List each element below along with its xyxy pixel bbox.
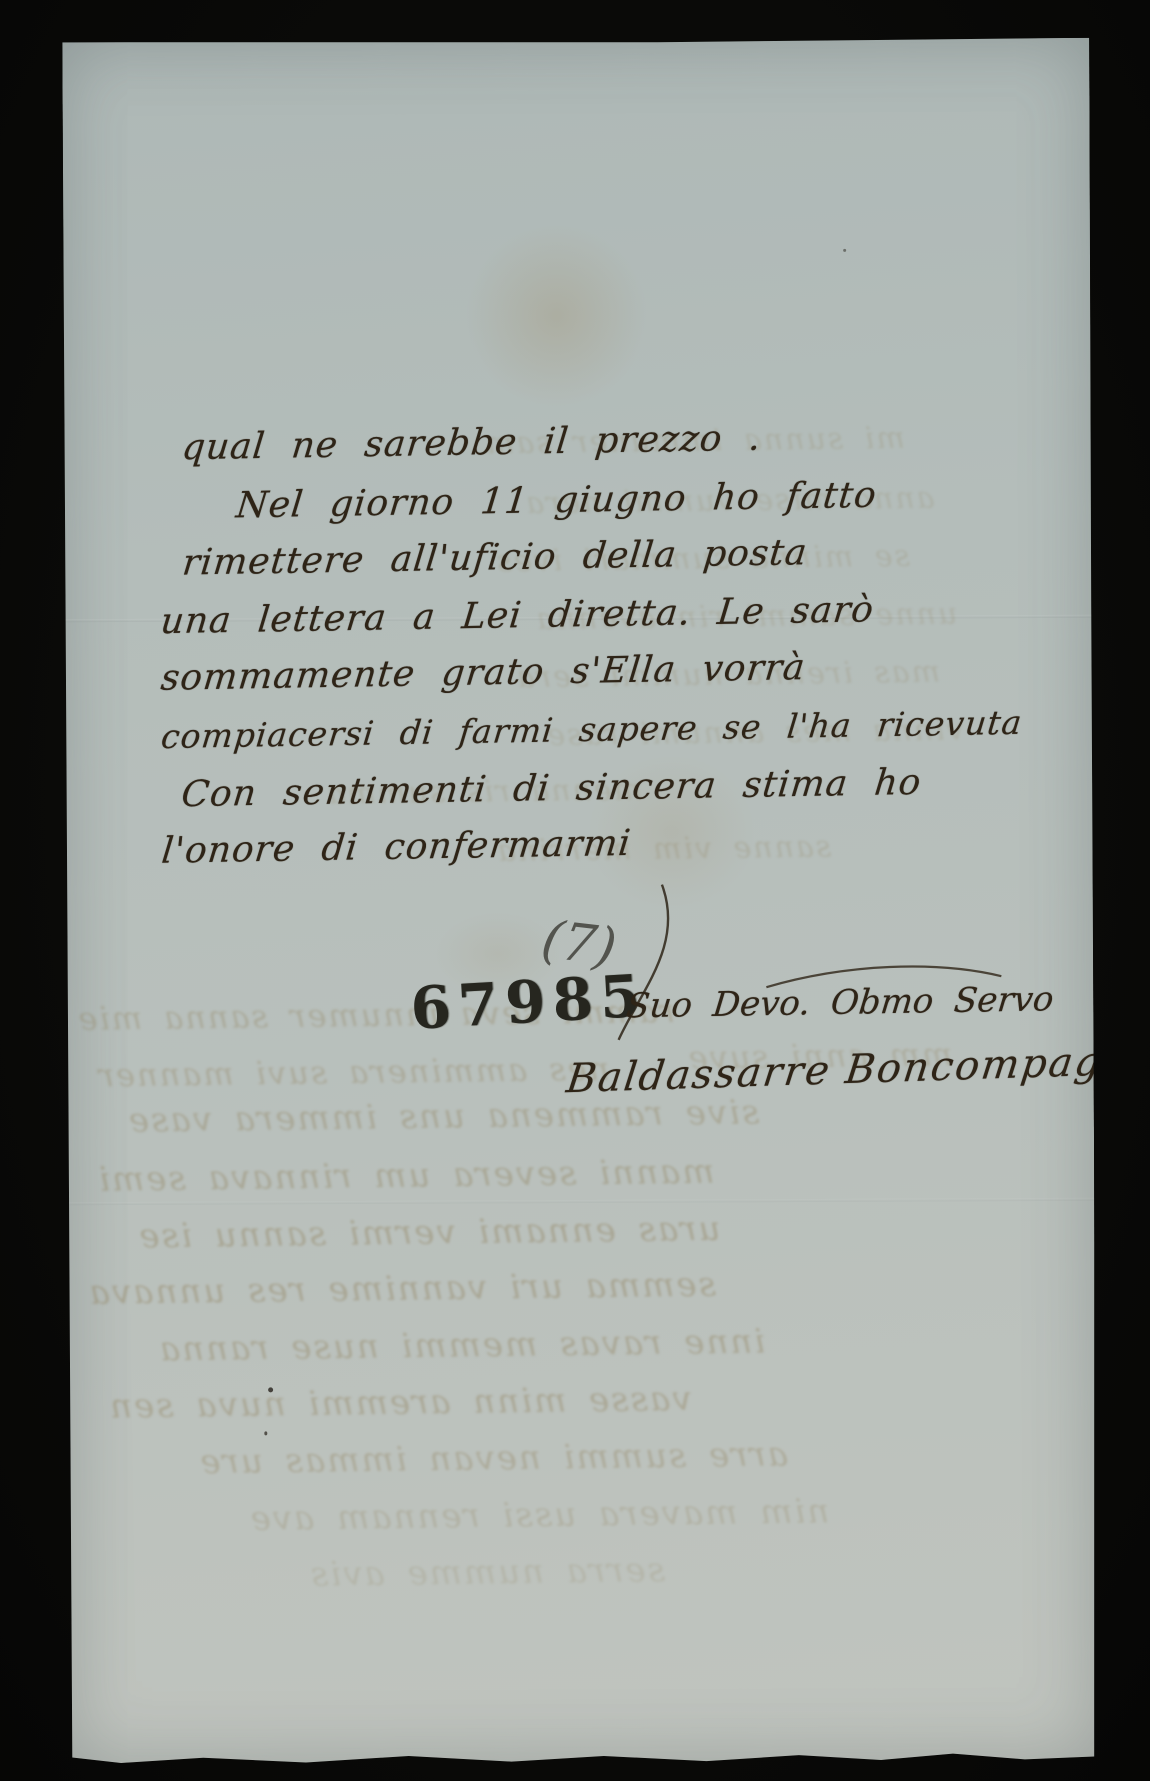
letter-line: l'onore di confermarmi: [160, 823, 634, 872]
ink-bleed-through-line: nim mavera ussi rennam ave: [248, 1491, 829, 1539]
ink-bleed-through-line: inne ravas memmi nuse ranna: [158, 1322, 766, 1370]
archival-number-stamp: 67985: [409, 962, 649, 1043]
ink-bleed-through-line: arre summi nevan immas ure: [198, 1435, 788, 1483]
letter-line: una lettera a Lei diretta. Le sarò: [159, 589, 877, 642]
ink-bleed-through-line: sive rammena uns immera vase: [127, 1092, 760, 1140]
signature: Baldassarre Boncompagni: [564, 1037, 1148, 1102]
ink-bleed-through-line: serra numme avis: [309, 1550, 666, 1595]
ink-bleed-through-line: manni severa um rinnava semi: [97, 1152, 715, 1200]
ink-speck: [264, 1431, 267, 1435]
ink-bleed-through-line: nes amminera suvi manner: [97, 1050, 610, 1095]
paper-crease: [67, 1198, 1094, 1205]
letter-line: qual ne sarebbe il prezzo .: [180, 418, 764, 469]
pencil-annotation: (7): [537, 910, 621, 978]
letter-line: Nel giorno 11 giugno ho fatto: [234, 475, 879, 527]
letter-page: mi sunna immuner sam anna mise vummi ner…: [62, 38, 1097, 1765]
ink-bleed-through-line: uras ennami vermi sannu ise: [137, 1209, 720, 1257]
photo-background: mi sunna immuner sam anna mise vummi ner…: [0, 0, 1150, 1781]
letter-line: Con sentimenti di sincera stima ho: [179, 762, 923, 815]
ink-speck: [268, 1387, 273, 1392]
ink-speck: [843, 249, 846, 252]
ink-bleed-through-line: semma uri vannime res unnava: [87, 1265, 716, 1313]
valediction: Suo Devo. Obmo Servo: [624, 979, 1055, 1026]
ink-bleed-through-line: vasse minn aremmi nuva sen: [108, 1379, 692, 1427]
